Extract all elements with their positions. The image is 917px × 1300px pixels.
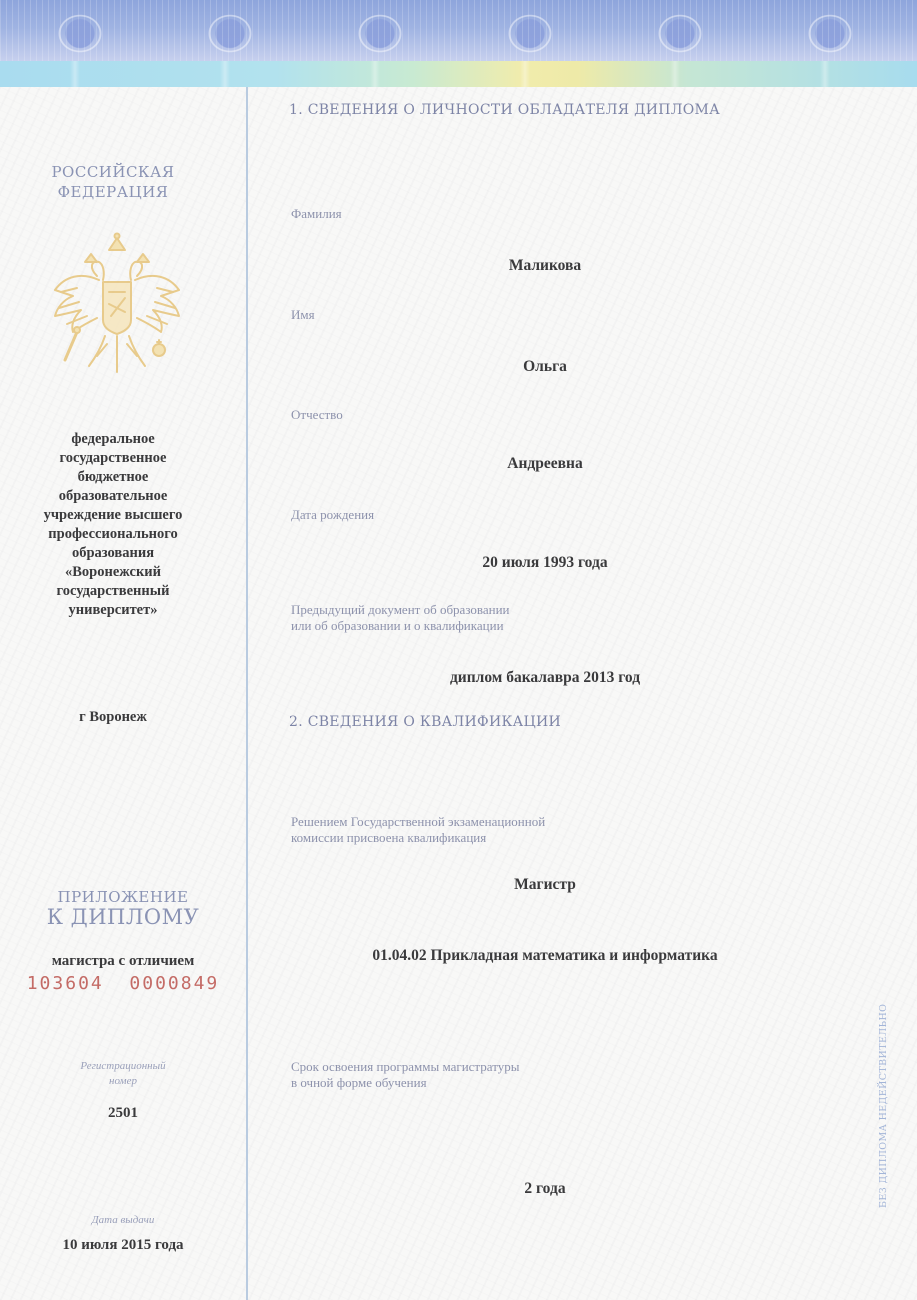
registration-label-line-2: номер [0,1074,246,1089]
column-divider [246,87,248,1300]
patronymic-value: Андреевна [260,455,830,473]
registration-label: Регистрационный номер [0,1059,246,1089]
coat-of-arms-icon [47,232,187,382]
country-line-2: ФЕДЕРАЦИЯ [0,182,226,202]
qualification-value: Магистр [260,876,830,894]
section-2-heading: 2. СВЕДЕНИЯ О КВАЛИФИКАЦИИ [289,714,561,730]
previous-document-label: Предыдущий документ об образовании или о… [291,602,510,634]
institution-line: профессионального [0,525,226,544]
degree-type: магистра с отличием [0,953,246,970]
institution-line: «Воронежский [0,563,226,582]
section-1-heading: 1. СВЕДЕНИЯ О ЛИЧНОСТИ ОБЛАДАТЕЛЯ ДИПЛОМ… [289,102,720,118]
registration-label-line-1: Регистрационный [0,1059,246,1074]
surname-value: Маликова [260,257,830,275]
institution-line: образования [0,544,226,563]
qualification-label: Решением Государственной экзаменационной… [291,814,545,846]
duration-label-line-1: Срок освоения программы магистратуры [291,1059,519,1075]
document-title-line-1: ПРИЛОЖЕНИЕ [0,888,246,906]
patronymic-label: Отчество [291,407,343,423]
birth-date-value: 20 июля 1993 года [260,554,830,572]
institution-line: бюджетное [0,468,226,487]
specialty-value: 01.04.02 Прикладная математика и информа… [260,947,830,965]
previous-document-value: диплом бакалавра 2013 год [260,669,830,687]
guilloche-pattern [0,0,917,61]
left-panel: РОССИЙСКАЯ ФЕДЕРАЦИЯ [0,87,246,1300]
institution-line: учреждение высшего [0,506,226,525]
qualification-label-line-1: Решением Государственной экзаменационной [291,814,545,830]
institution-line: образовательное [0,487,226,506]
birth-date-label: Дата рождения [291,507,374,523]
first-name-value: Ольга [260,358,830,376]
city: г Воронеж [0,709,226,726]
duration-label-line-2: в очной форме обучения [291,1075,519,1091]
security-header-band [0,0,917,87]
rainbow-stripe [0,61,917,87]
issue-date-label: Дата выдачи [0,1214,246,1226]
duration-label: Срок освоения программы магистратуры в о… [291,1059,519,1091]
duration-value: 2 года [260,1180,830,1198]
qualification-label-line-2: комиссии присвоена квалификация [291,830,545,846]
country-name: РОССИЙСКАЯ ФЕДЕРАЦИЯ [0,162,226,202]
institution-line: федеральное [0,430,226,449]
surname-label: Фамилия [291,206,342,222]
issue-date: 10 июля 2015 года [0,1237,246,1254]
institution-line: государственное [0,449,226,468]
institution-name: федеральное государственное бюджетное об… [0,430,226,620]
institution-line: университет» [0,601,226,620]
previous-document-label-line-1: Предыдущий документ об образовании [291,602,510,618]
first-name-label: Имя [291,307,315,323]
country-line-1: РОССИЙСКАЯ [0,162,226,182]
validity-note: БЕЗ ДИПЛОМА НЕДЕЙСТВИТЕЛЬНО [878,1004,889,1208]
registration-number: 2501 [0,1105,246,1122]
previous-document-label-line-2: или об образовании и о квалификации [291,618,510,634]
document-title-line-2: К ДИПЛОМУ [0,905,246,929]
serial-number: 103604 0000849 [0,973,246,994]
institution-line: государственный [0,582,226,601]
